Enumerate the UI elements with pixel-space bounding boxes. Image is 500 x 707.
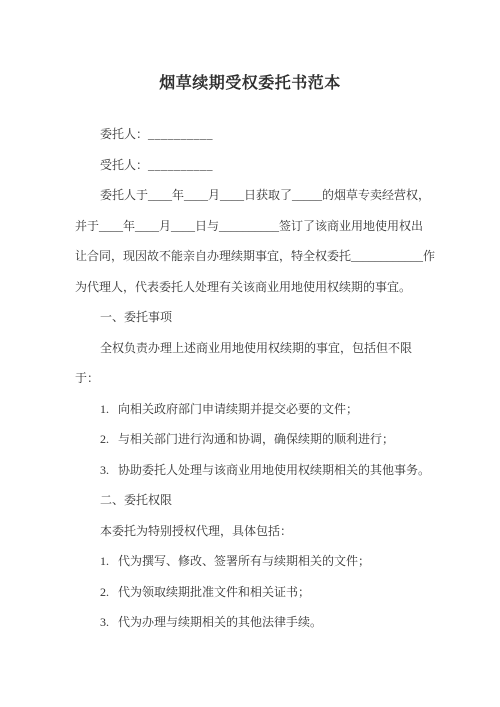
field-line-client: 委托人：__________ bbox=[75, 119, 445, 150]
list-item: 2.与相关部门进行沟通和协调，确保续期的顺利进行； bbox=[75, 424, 445, 455]
list-item-text: 代为撰写、修改、签署所有与续期相关的文件； bbox=[118, 554, 370, 568]
list-item-text: 代为办理与续期相关的其他法律手续。 bbox=[118, 615, 322, 629]
list-item: 1.向相关政府部门申请续期并提交必要的文件； bbox=[75, 394, 445, 425]
list-item-number: 1. bbox=[100, 554, 109, 568]
list-item: 3.代为办理与续期相关的其他法律手续。 bbox=[75, 607, 445, 638]
field-blank-client: __________ bbox=[148, 127, 213, 141]
section1-intro-line-1: 全权负责办理上述商业用地使用权续期的事宜，包括但不限 bbox=[75, 333, 445, 364]
intro-line-2: 并于____年____月____日与__________签订了该商业用地使用权出 bbox=[75, 211, 445, 242]
list-item-number: 3. bbox=[100, 463, 109, 477]
intro-line-1: 委托人于____年____月____日获取了_____的烟草专卖经营权， bbox=[75, 180, 445, 211]
list-item-number: 2. bbox=[100, 585, 109, 599]
intro-line-4: 为代理人，代表委托人处理有关该商业用地使用权续期的事宜。 bbox=[75, 272, 445, 303]
section1-intro-line-2: 于： bbox=[75, 363, 445, 394]
list-item-number: 3. bbox=[100, 615, 109, 629]
field-label-trustee: 受托人： bbox=[100, 158, 148, 172]
document-page: 烟草续期受权委托书范本 委托人：__________ 受托人：_________… bbox=[0, 0, 500, 707]
section-heading-entrust-authority: 二、委托权限 bbox=[75, 485, 445, 516]
list-item: 2.代为领取续期批准文件和相关证书； bbox=[75, 577, 445, 608]
list-item-number: 1. bbox=[100, 402, 109, 416]
list-item: 1.代为撰写、修改、签署所有与续期相关的文件； bbox=[75, 546, 445, 577]
list-item-text: 协助委托人处理与该商业用地使用权续期相关的其他事务。 bbox=[118, 463, 430, 477]
list-item: 3.协助委托人处理与该商业用地使用权续期相关的其他事务。 bbox=[75, 455, 445, 486]
list-item-text: 代为领取续期批准文件和相关证书； bbox=[118, 585, 310, 599]
section-heading-entrust-matters: 一、委托事项 bbox=[75, 302, 445, 333]
field-label-client: 委托人： bbox=[100, 127, 148, 141]
field-line-trustee: 受托人：__________ bbox=[75, 150, 445, 181]
list-item-text: 与相关部门进行沟通和协调，确保续期的顺利进行； bbox=[118, 432, 394, 446]
field-blank-trustee: __________ bbox=[148, 158, 213, 172]
list-item-number: 2. bbox=[100, 432, 109, 446]
section2-intro-line-1: 本委托为特别授权代理，具体包括： bbox=[75, 516, 445, 547]
intro-line-3: 让合同，现因故不能亲自办理续期事宜，特全权委托____________作 bbox=[75, 241, 445, 272]
document-title: 烟草续期受权委托书范本 bbox=[0, 70, 500, 93]
document-body: 委托人：__________ 受托人：__________ 委托人于____年_… bbox=[75, 119, 445, 638]
list-item-text: 向相关政府部门申请续期并提交必要的文件； bbox=[118, 402, 358, 416]
